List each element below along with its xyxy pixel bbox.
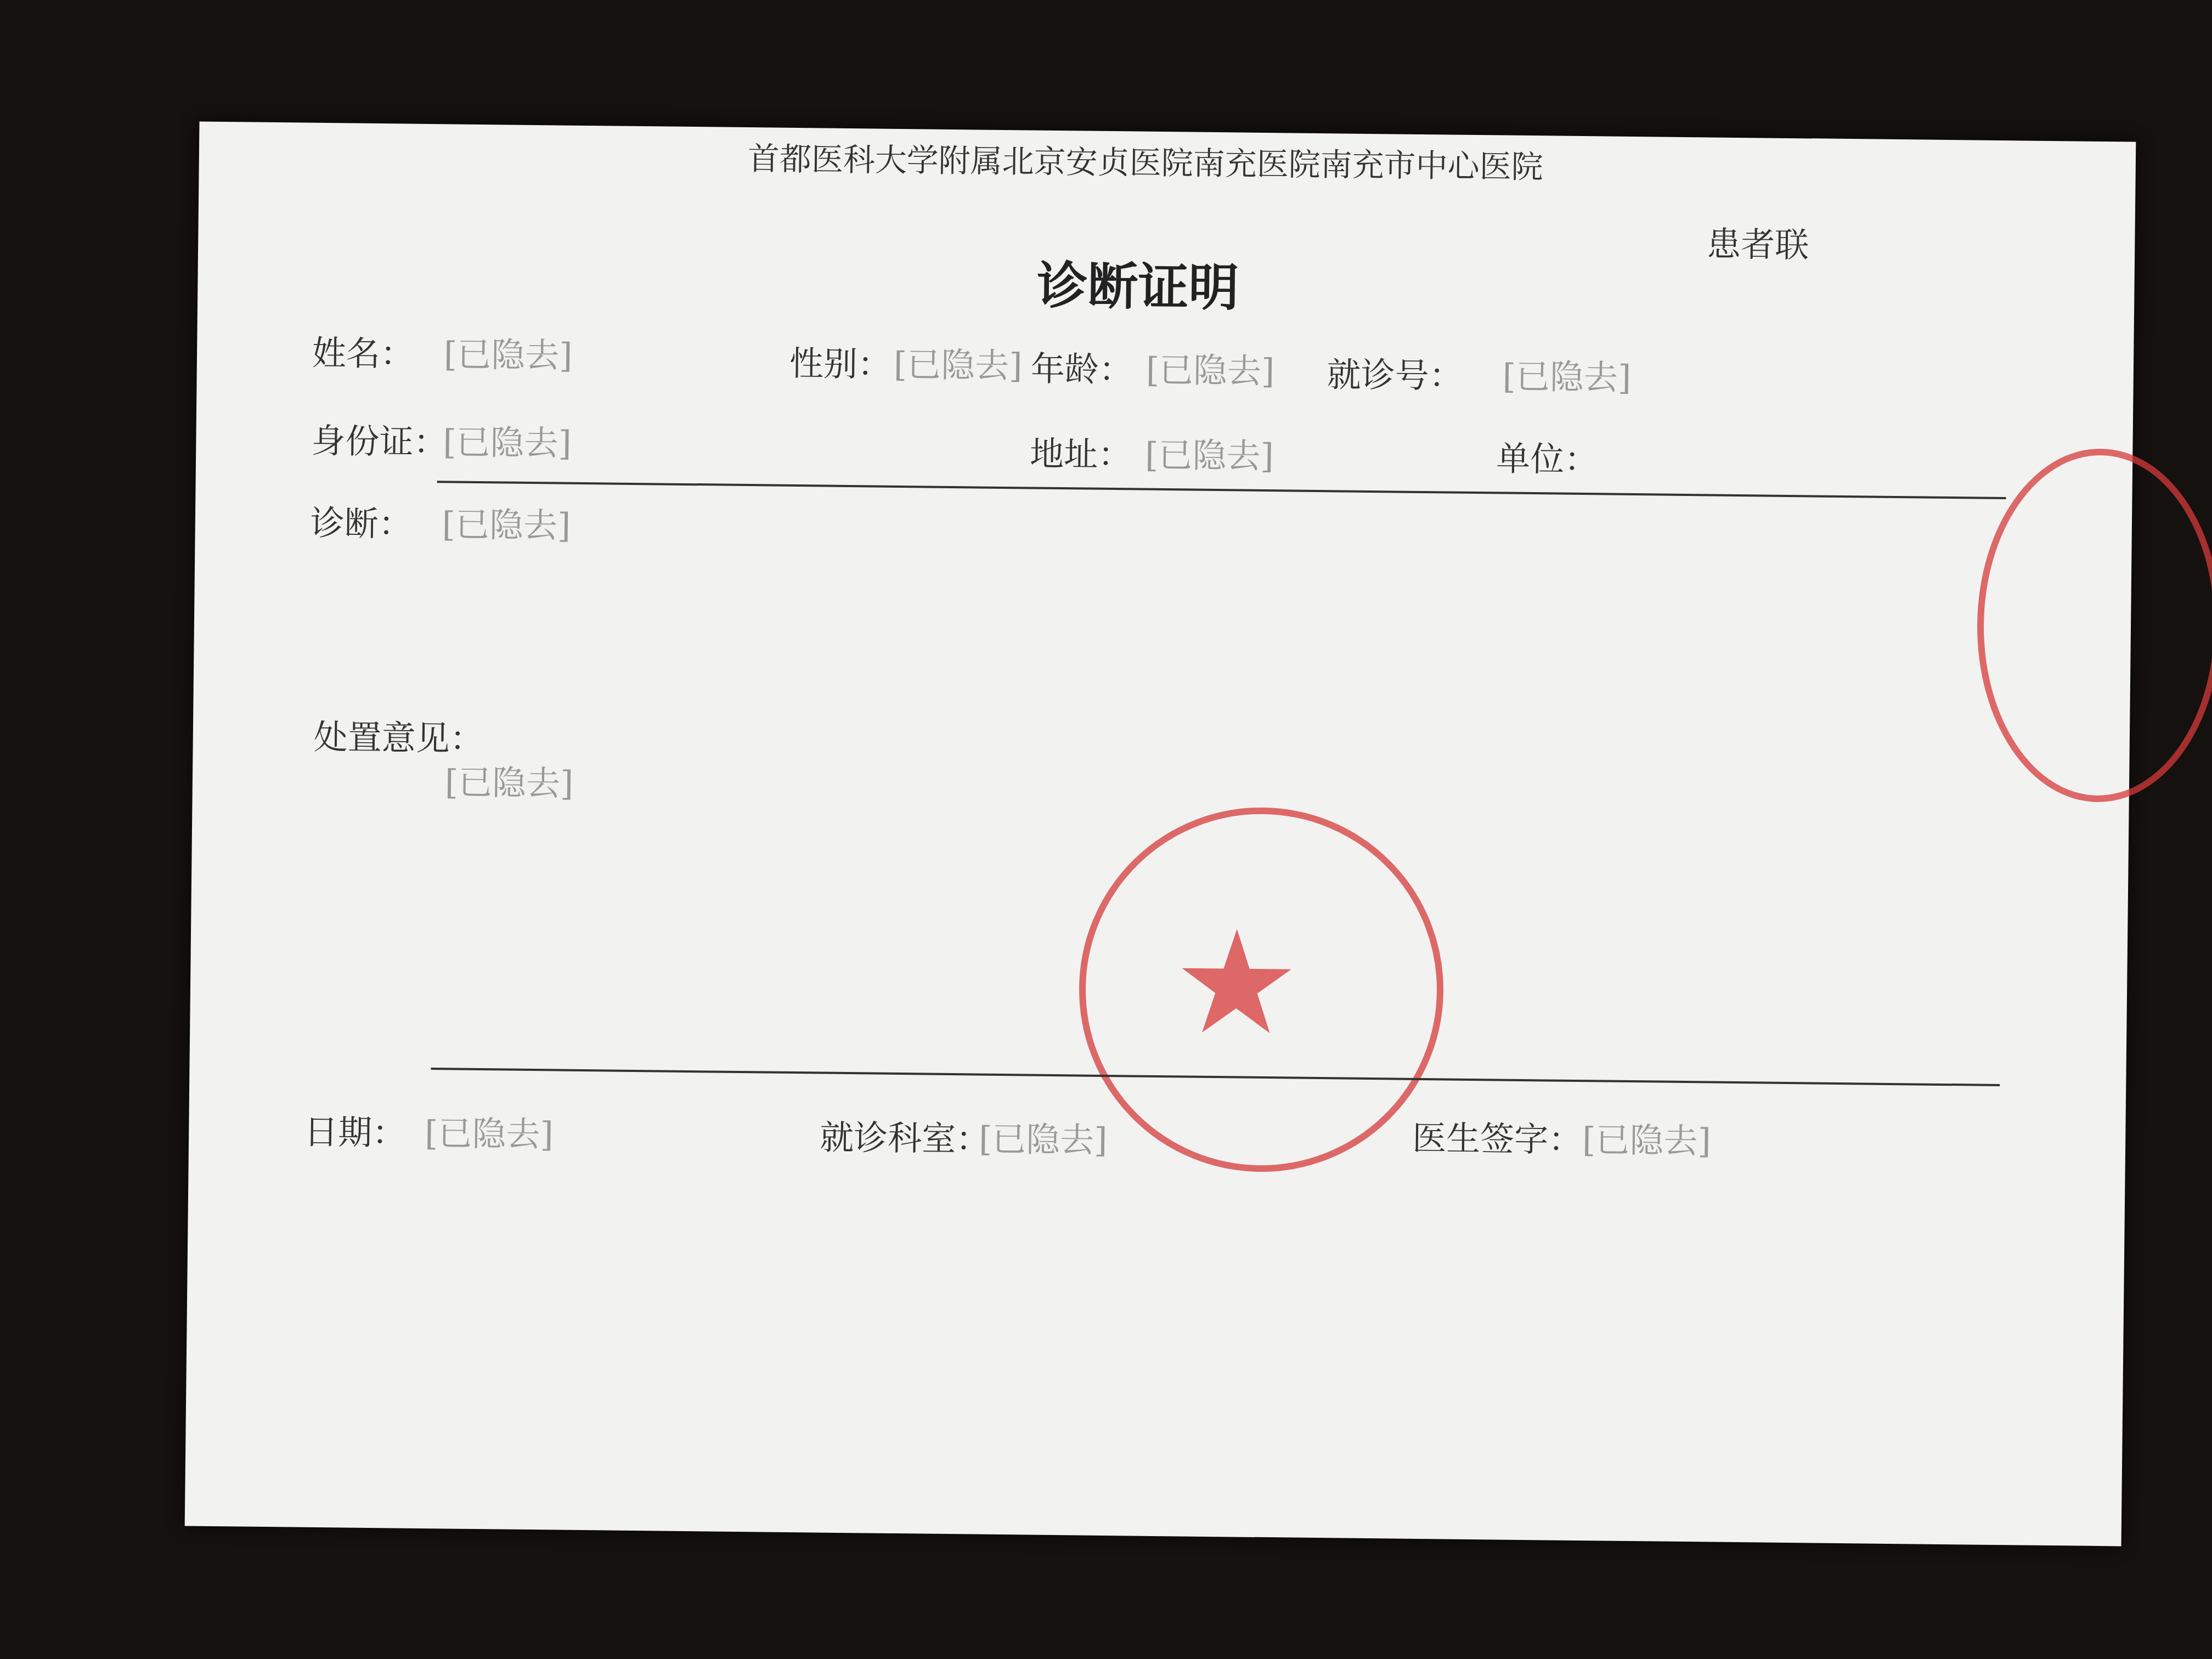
id-value: [已隐去] (443, 415, 572, 465)
date-value: [已隐去] (425, 1106, 554, 1156)
diagnosis-value: [已隐去] (442, 497, 571, 547)
age-value: [已隐去] (1145, 343, 1274, 393)
diagnosis-certificate: 首都医科大学附属北京安贞医院南充医院南充市中心医院 患者联 诊断证明 姓名： [… (185, 122, 2136, 1547)
unit-label: 单位： (1496, 431, 1599, 481)
gender-value: [已隐去] (894, 337, 1023, 387)
diagnosis-label: 诊断： (310, 496, 413, 546)
divider-top (437, 481, 2006, 499)
address-label: 地址： (1030, 426, 1132, 476)
doctor-signature-value: [已隐去] (1582, 1113, 1711, 1163)
gender-label: 性别： (789, 336, 892, 386)
visit-number-label: 就诊号： (1327, 347, 1463, 398)
visit-number-value: [已隐去] (1502, 349, 1631, 399)
document-title: 诊断证明 (1037, 246, 1239, 320)
doctor-signature-label: 医生签字： (1412, 1111, 1583, 1161)
seal-star-icon: ★ (1172, 900, 1301, 1066)
hospital-name: 首都医科大学附属北京安贞医院南充医院南充市中心医院 (747, 133, 1543, 187)
official-seal-edge (1976, 448, 2212, 804)
copy-label: 患者联 (1707, 217, 1809, 267)
id-label: 身份证： (311, 414, 448, 464)
age-label: 年龄： (1030, 341, 1133, 391)
disposition-label: 处置意见： (313, 710, 484, 760)
address-value: [已隐去] (1145, 428, 1274, 478)
disposition-value: [已隐去] (445, 755, 574, 805)
date-label: 日期： (304, 1105, 407, 1155)
department-label: 就诊科室： (820, 1110, 990, 1161)
name-label: 姓名： (312, 326, 415, 376)
name-value: [已隐去] (444, 327, 573, 377)
department-value: [已隐去] (979, 1112, 1108, 1162)
